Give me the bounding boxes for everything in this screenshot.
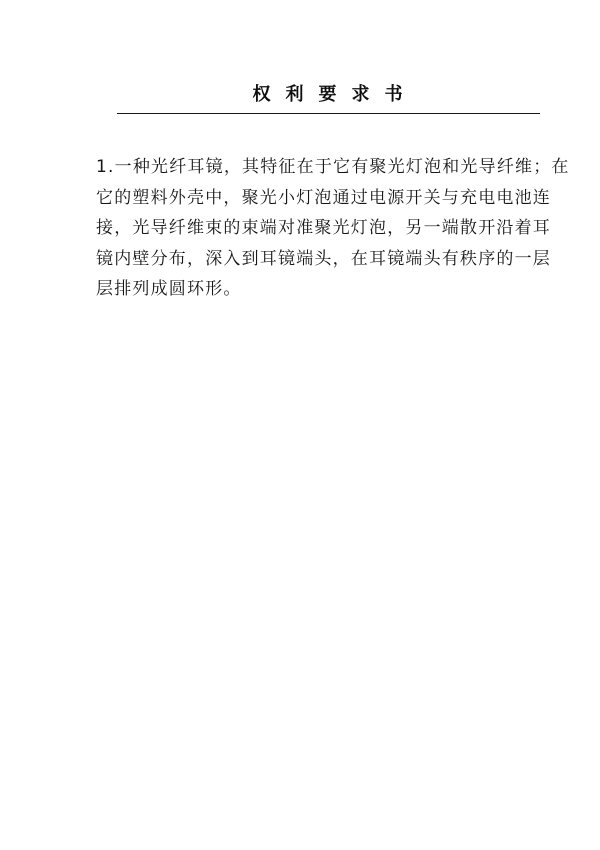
claim-text-line: 镜内壁分布，深入到耳镜端头，在耳镜端头有秩序的一层 — [96, 244, 556, 275]
document-page: 权利要求书 1.一种光纤耳镜，其特征在于它有聚光灯泡和光导纤维；在 它的塑料外壳… — [0, 0, 600, 850]
title-underline-divider — [117, 113, 540, 114]
claim-text-line: 层排列成圆环形。 — [96, 274, 556, 305]
claim-text-line: 1.一种光纤耳镜，其特征在于它有聚光灯泡和光导纤维；在 — [96, 152, 556, 183]
claim-text-line: 接，光导纤维束的束端对准聚光灯泡，另一端散开沿着耳 — [96, 213, 556, 244]
page-title: 权利要求书 — [220, 84, 435, 106]
claim-1: 1.一种光纤耳镜，其特征在于它有聚光灯泡和光导纤维；在 它的塑料外壳中，聚光小灯… — [96, 152, 556, 305]
claim-text-line: 它的塑料外壳中，聚光小灯泡通过电源开关与充电电池连 — [96, 183, 556, 214]
